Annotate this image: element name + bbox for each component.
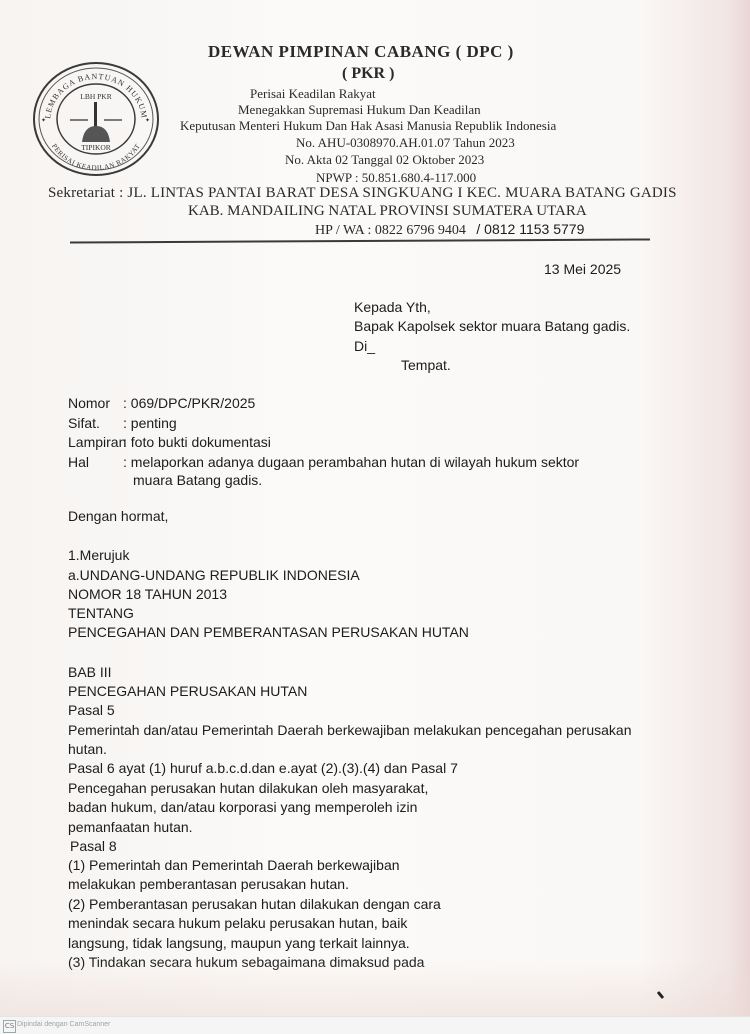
letterhead-title: DEWAN PIMPINAN CABANG ( DPC ) [208, 42, 514, 62]
letterhead-address-line2: KAB. MANDAILING NATAL PROVINSI SUMATERA … [188, 203, 587, 220]
letterhead-org-name: Perisai Keadilan Rakyat [250, 86, 376, 102]
body-line: (2) Pemberantasan perusakan hutan dilaku… [68, 897, 441, 912]
letterhead-phone: HP / WA : 0822 6796 9404 / 0812 1153 577… [315, 221, 584, 239]
lbh-pkr-seal-logo: LEMBAGA BANTUAN HUKUM PERISAI KEADILAN R… [32, 60, 160, 178]
paper-stain [0, 960, 750, 1016]
body-line: pemanfaatan hutan. [68, 820, 193, 835]
letterhead-npwp: NPWP : 50.851.680.4-117.000 [316, 170, 476, 186]
letter-date: 13 Mei 2025 [544, 262, 621, 277]
body-line: Pasal 5 [68, 703, 115, 718]
letterhead-ahu-number: No. AHU-0308970.AH.01.07 Tahun 2023 [296, 135, 515, 151]
recipient-name: Bapak Kapolsek sektor muara Batang gadis… [354, 319, 630, 334]
body-line: langsung, tidak langsung, maupun yang te… [68, 936, 410, 951]
sifat-value: : penting [123, 416, 177, 431]
body-line: TENTANG [68, 606, 134, 621]
body-line: a.UNDANG-UNDANG REPUBLIK INDONESIA [68, 568, 360, 583]
camscanner-icon: CS [3, 1020, 16, 1033]
svg-text:✦: ✦ [145, 117, 150, 124]
body-line: hutan. [68, 742, 107, 757]
body-line: menindak secara hukum pelaku perusakan h… [68, 916, 407, 931]
scanned-letter-page: LEMBAGA BANTUAN HUKUM PERISAI KEADILAN R… [0, 0, 750, 1016]
scanner-watermark-bar: CS Dipindai dengan CamScanner [0, 1016, 750, 1034]
body-line: badan hukum, dan/atau korporasi yang mem… [68, 800, 417, 815]
phone-alternate: / 0812 1153 5779 [476, 221, 584, 237]
lampiran-value: : foto bukti dokumentasi [123, 435, 271, 450]
greeting: Dengan hormat, [68, 509, 168, 524]
body-line: Pencegahan perusakan hutan dilakukan ole… [68, 781, 428, 796]
letterhead-motto: Menegakkan Supremasi Hukum Dan Keadilan [238, 102, 481, 118]
letterhead-decree: Keputusan Menteri Hukum Dan Hak Asasi Ma… [180, 118, 556, 134]
body-line: 1.Merujuk [68, 548, 129, 563]
body-line: NOMOR 18 TAHUN 2013 [68, 587, 227, 602]
letterhead-divider [70, 238, 650, 243]
body-line: Pemerintah dan/atau Pemerintah Daerah be… [68, 723, 631, 738]
body-line: PENCEGAHAN DAN PEMBERANTASAN PERUSAKAN H… [68, 625, 469, 640]
nomor-value: : 069/DPC/PKR/2025 [123, 396, 255, 411]
sifat-label: Sifat. [68, 416, 100, 431]
lampiran-label: Lampiran [68, 435, 126, 450]
nomor-label: Nomor [68, 396, 110, 411]
body-line: PENCEGAHAN PERUSAKAN HUTAN [68, 684, 307, 699]
hal-value-continued: muara Batang gadis. [133, 473, 262, 488]
body-line: (1) Pemerintah dan Pemerintah Daerah ber… [68, 858, 400, 873]
phone-primary: HP / WA : 0822 6796 9404 [315, 223, 466, 238]
recipient-salutation: Kepada Yth, [354, 300, 431, 315]
letterhead-subtitle: ( PKR ) [342, 65, 394, 83]
body-line: Pasal 8 [70, 839, 117, 854]
body-line: BAB III [68, 665, 112, 680]
svg-text:LBH PKR: LBH PKR [80, 92, 111, 101]
recipient-place: Tempat. [401, 358, 451, 373]
letterhead-address-line1: Sekretariat : JL. LINTAS PANTAI BARAT DE… [48, 185, 677, 202]
body-line: melakukan pemberantasan perusakan hutan. [68, 877, 349, 892]
svg-text:TIPIKOR: TIPIKOR [81, 143, 111, 152]
hal-value: : melaporkan adanya dugaan perambahan hu… [123, 455, 579, 470]
scanner-watermark-text: Dipindai dengan CamScanner [17, 1021, 110, 1028]
svg-text:✦: ✦ [41, 117, 46, 124]
body-line: Pasal 6 ayat (1) huruf a.b.c.d.dan e.aya… [68, 761, 458, 776]
recipient-di: Di_ [354, 339, 375, 354]
hal-label: Hal [68, 455, 89, 470]
letterhead-deed-number: No. Akta 02 Tanggal 02 Oktober 2023 [285, 152, 484, 168]
